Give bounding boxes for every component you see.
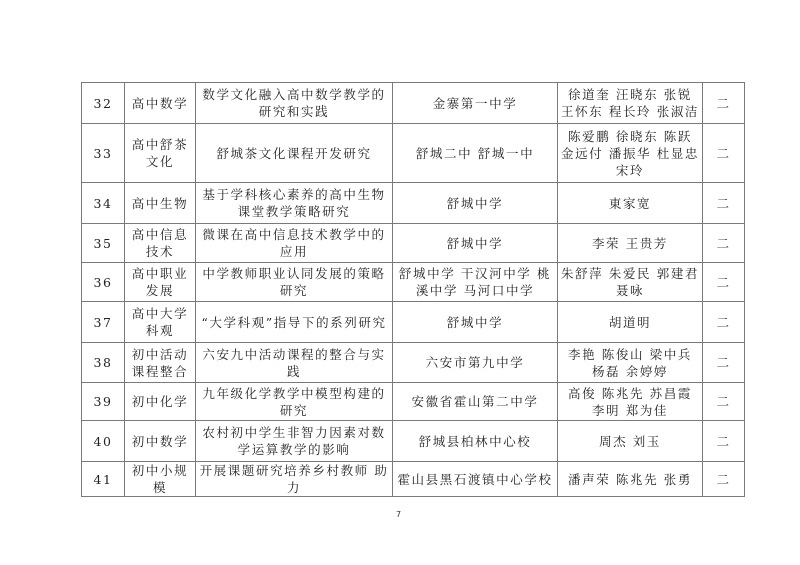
cell-grade: 二	[703, 462, 745, 497]
cell-title: 舒城茶文化课程开发研究	[196, 124, 393, 183]
table-body: 32 高中数学 数学文化融入高中数学教学的研究和实践 金寨第一中学 徐道奎 汪晓…	[82, 83, 745, 497]
cell-school: 舒城中学	[393, 224, 558, 263]
cell-school: 霍山县黑石渡镇中心学校	[393, 462, 558, 497]
cell-number: 39	[82, 383, 125, 421]
cell-members: 周杰 刘玉	[558, 421, 703, 462]
cell-title: 九年级化学教学中模型构建的研究	[196, 383, 393, 421]
cell-school: 舒城二中 舒城一中	[393, 124, 558, 183]
table-row: 35 高中信息技术 微课在高中信息技术教学中的应用 舒城中学 李荣 王贵芳 二	[82, 224, 745, 263]
cell-category: 初中化学	[125, 383, 196, 421]
table-row: 41 初中小规模 开展课题研究培养乡村教师 助力 霍山县黑石渡镇中心学校 潘声荣…	[82, 462, 745, 497]
cell-members: 胡道明	[558, 302, 703, 343]
cell-grade: 二	[703, 343, 745, 383]
cell-grade: 二	[703, 124, 745, 183]
cell-school: 安徽省霍山第二中学	[393, 383, 558, 421]
cell-category: 高中职业发展	[125, 263, 196, 302]
table-row: 33 高中舒茶文化 舒城茶文化课程开发研究 舒城二中 舒城一中 陈爱鹏 徐晓东 …	[82, 124, 745, 183]
cell-grade: 二	[703, 421, 745, 462]
cell-category: 高中舒茶文化	[125, 124, 196, 183]
cell-title: “大学科观”指导下的系列研究	[196, 302, 393, 343]
cell-school: 舒城中学	[393, 183, 558, 224]
cell-category: 高中生物	[125, 183, 196, 224]
cell-title: 中学教师职业认同发展的策略研究	[196, 263, 393, 302]
cell-title: 开展课题研究培养乡村教师 助力	[196, 462, 393, 497]
cell-school: 舒城中学	[393, 302, 558, 343]
cell-number: 34	[82, 183, 125, 224]
cell-title: 农村初中学生非智力因素对数学运算教学的影响	[196, 421, 393, 462]
cell-members: 高俊 陈兆先 苏昌霞 李明 郑为佳	[558, 383, 703, 421]
cell-category: 高中数学	[125, 83, 196, 124]
cell-school: 舒城中学 干汉河中学 桃溪中学 马河口中学	[393, 263, 558, 302]
cell-title: 数学文化融入高中数学教学的研究和实践	[196, 83, 393, 124]
table-row: 32 高中数学 数学文化融入高中数学教学的研究和实践 金寨第一中学 徐道奎 汪晓…	[82, 83, 745, 124]
cell-number: 32	[82, 83, 125, 124]
cell-members: 東家宽	[558, 183, 703, 224]
cell-category: 初中小规模	[125, 462, 196, 497]
table-row: 37 高中大学科观 “大学科观”指导下的系列研究 舒城中学 胡道明 二	[82, 302, 745, 343]
cell-category: 初中活动课程整合	[125, 343, 196, 383]
table-row: 36 高中职业发展 中学教师职业认同发展的策略研究 舒城中学 干汉河中学 桃溪中…	[82, 263, 745, 302]
table-row: 34 高中生物 基于学科核心素养的高中生物课堂教学策略研究 舒城中学 東家宽 二	[82, 183, 745, 224]
cell-school: 六安市第九中学	[393, 343, 558, 383]
cell-number: 36	[82, 263, 125, 302]
page-number: 7	[396, 510, 401, 519]
cell-category: 高中大学科观	[125, 302, 196, 343]
cell-number: 33	[82, 124, 125, 183]
cell-grade: 二	[703, 83, 745, 124]
cell-number: 38	[82, 343, 125, 383]
cell-members: 陈爱鹏 徐晓东 陈跃 金远付 潘振华 杜显忠 宋玲	[558, 124, 703, 183]
cell-number: 35	[82, 224, 125, 263]
cell-number: 37	[82, 302, 125, 343]
cell-category: 高中信息技术	[125, 224, 196, 263]
cell-members: 徐道奎 汪晓东 张锐 王怀东 程长玲 张淑洁	[558, 83, 703, 124]
cell-grade: 二	[703, 302, 745, 343]
document-page: 32 高中数学 数学文化融入高中数学教学的研究和实践 金寨第一中学 徐道奎 汪晓…	[0, 0, 800, 565]
cell-title: 六安九中活动课程的整合与实践	[196, 343, 393, 383]
table-row: 40 初中数学 农村初中学生非智力因素对数学运算教学的影响 舒城县柏林中心校 周…	[82, 421, 745, 462]
table-row: 38 初中活动课程整合 六安九中活动课程的整合与实践 六安市第九中学 李艳 陈俊…	[82, 343, 745, 383]
cell-grade: 二	[703, 263, 745, 302]
cell-members: 李艳 陈俊山 梁中兵 杨磊 余婷婷	[558, 343, 703, 383]
cell-school: 金寨第一中学	[393, 83, 558, 124]
table-row: 39 初中化学 九年级化学教学中模型构建的研究 安徽省霍山第二中学 高俊 陈兆先…	[82, 383, 745, 421]
cell-members: 潘声荣 陈兆先 张勇	[558, 462, 703, 497]
cell-grade: 二	[703, 383, 745, 421]
cell-members: 李荣 王贵芳	[558, 224, 703, 263]
cell-grade: 二	[703, 224, 745, 263]
awards-table: 32 高中数学 数学文化融入高中数学教学的研究和实践 金寨第一中学 徐道奎 汪晓…	[81, 82, 745, 497]
cell-school: 舒城县柏林中心校	[393, 421, 558, 462]
cell-number: 40	[82, 421, 125, 462]
cell-number: 41	[82, 462, 125, 497]
cell-grade: 二	[703, 183, 745, 224]
cell-title: 微课在高中信息技术教学中的应用	[196, 224, 393, 263]
cell-title: 基于学科核心素养的高中生物课堂教学策略研究	[196, 183, 393, 224]
cell-category: 初中数学	[125, 421, 196, 462]
cell-members: 朱舒萍 朱爱民 郭建君 聂咏	[558, 263, 703, 302]
